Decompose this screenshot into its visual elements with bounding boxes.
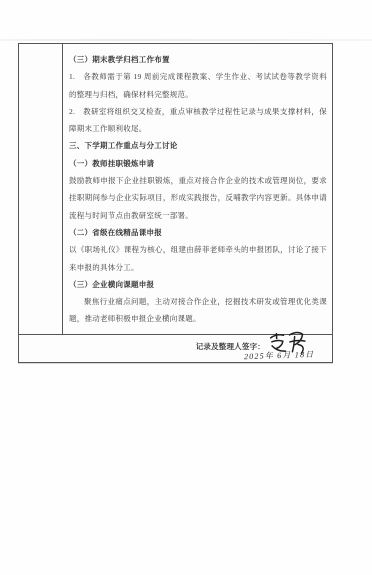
table-content-row: （三）期末教学归档工作布置 1. 各教师需于第 19 周前完成课程教案、学生作业…: [19, 44, 332, 334]
section-heading: （三）期末教学归档工作布置: [69, 51, 327, 68]
subsection-heading: （一）教师挂职锻炼申请: [69, 155, 327, 172]
meeting-record-table: （三）期末教学归档工作布置 1. 各教师需于第 19 周前完成课程教案、学生作业…: [18, 43, 333, 363]
subsection-heading: （二）省级在线精品课申报: [69, 224, 327, 241]
body-paragraph: 聚焦行业痛点问题，主动对接合作企业，挖掘技术研发或管理优化类课题，推动老师积极申…: [69, 293, 327, 328]
scan-artifact-line: [0, 39, 372, 41]
signature-row: 记录及整理人签字： 2025年 6月 18日: [19, 334, 332, 362]
numbered-item: 1. 各教师需于第 19 周前完成课程教案、学生作业、考试试卷等教学资料的整理与…: [69, 68, 327, 103]
subsection-heading: （三）企业横向课题申报: [69, 276, 327, 293]
table-main-cell: （三）期末教学归档工作布置 1. 各教师需于第 19 周前完成课程教案、学生作业…: [63, 44, 332, 334]
section-heading: 三、下学期工作重点与分工讨论: [69, 137, 327, 154]
scanned-document-page: （三）期末教学归档工作布置 1. 各教师需于第 19 周前完成课程教案、学生作业…: [0, 0, 372, 575]
numbered-item: 2. 教研室将组织交叉检查，重点审核教学过程性记录与成果支撑材料，保障期末工作顺…: [69, 103, 327, 138]
body-paragraph: 以《职场礼仪》课程为核心，组建由薛菲老师牵头的申报团队，讨论了接下来申报的具体分…: [69, 241, 327, 276]
handwritten-date: 2025年 6月 18日: [243, 349, 314, 362]
table-left-column-empty: [19, 44, 63, 334]
body-paragraph: 鼓励教师申报下企业挂职锻炼，重点对接合作企业的技术或管理岗位，要求挂职期间参与企…: [69, 172, 327, 224]
